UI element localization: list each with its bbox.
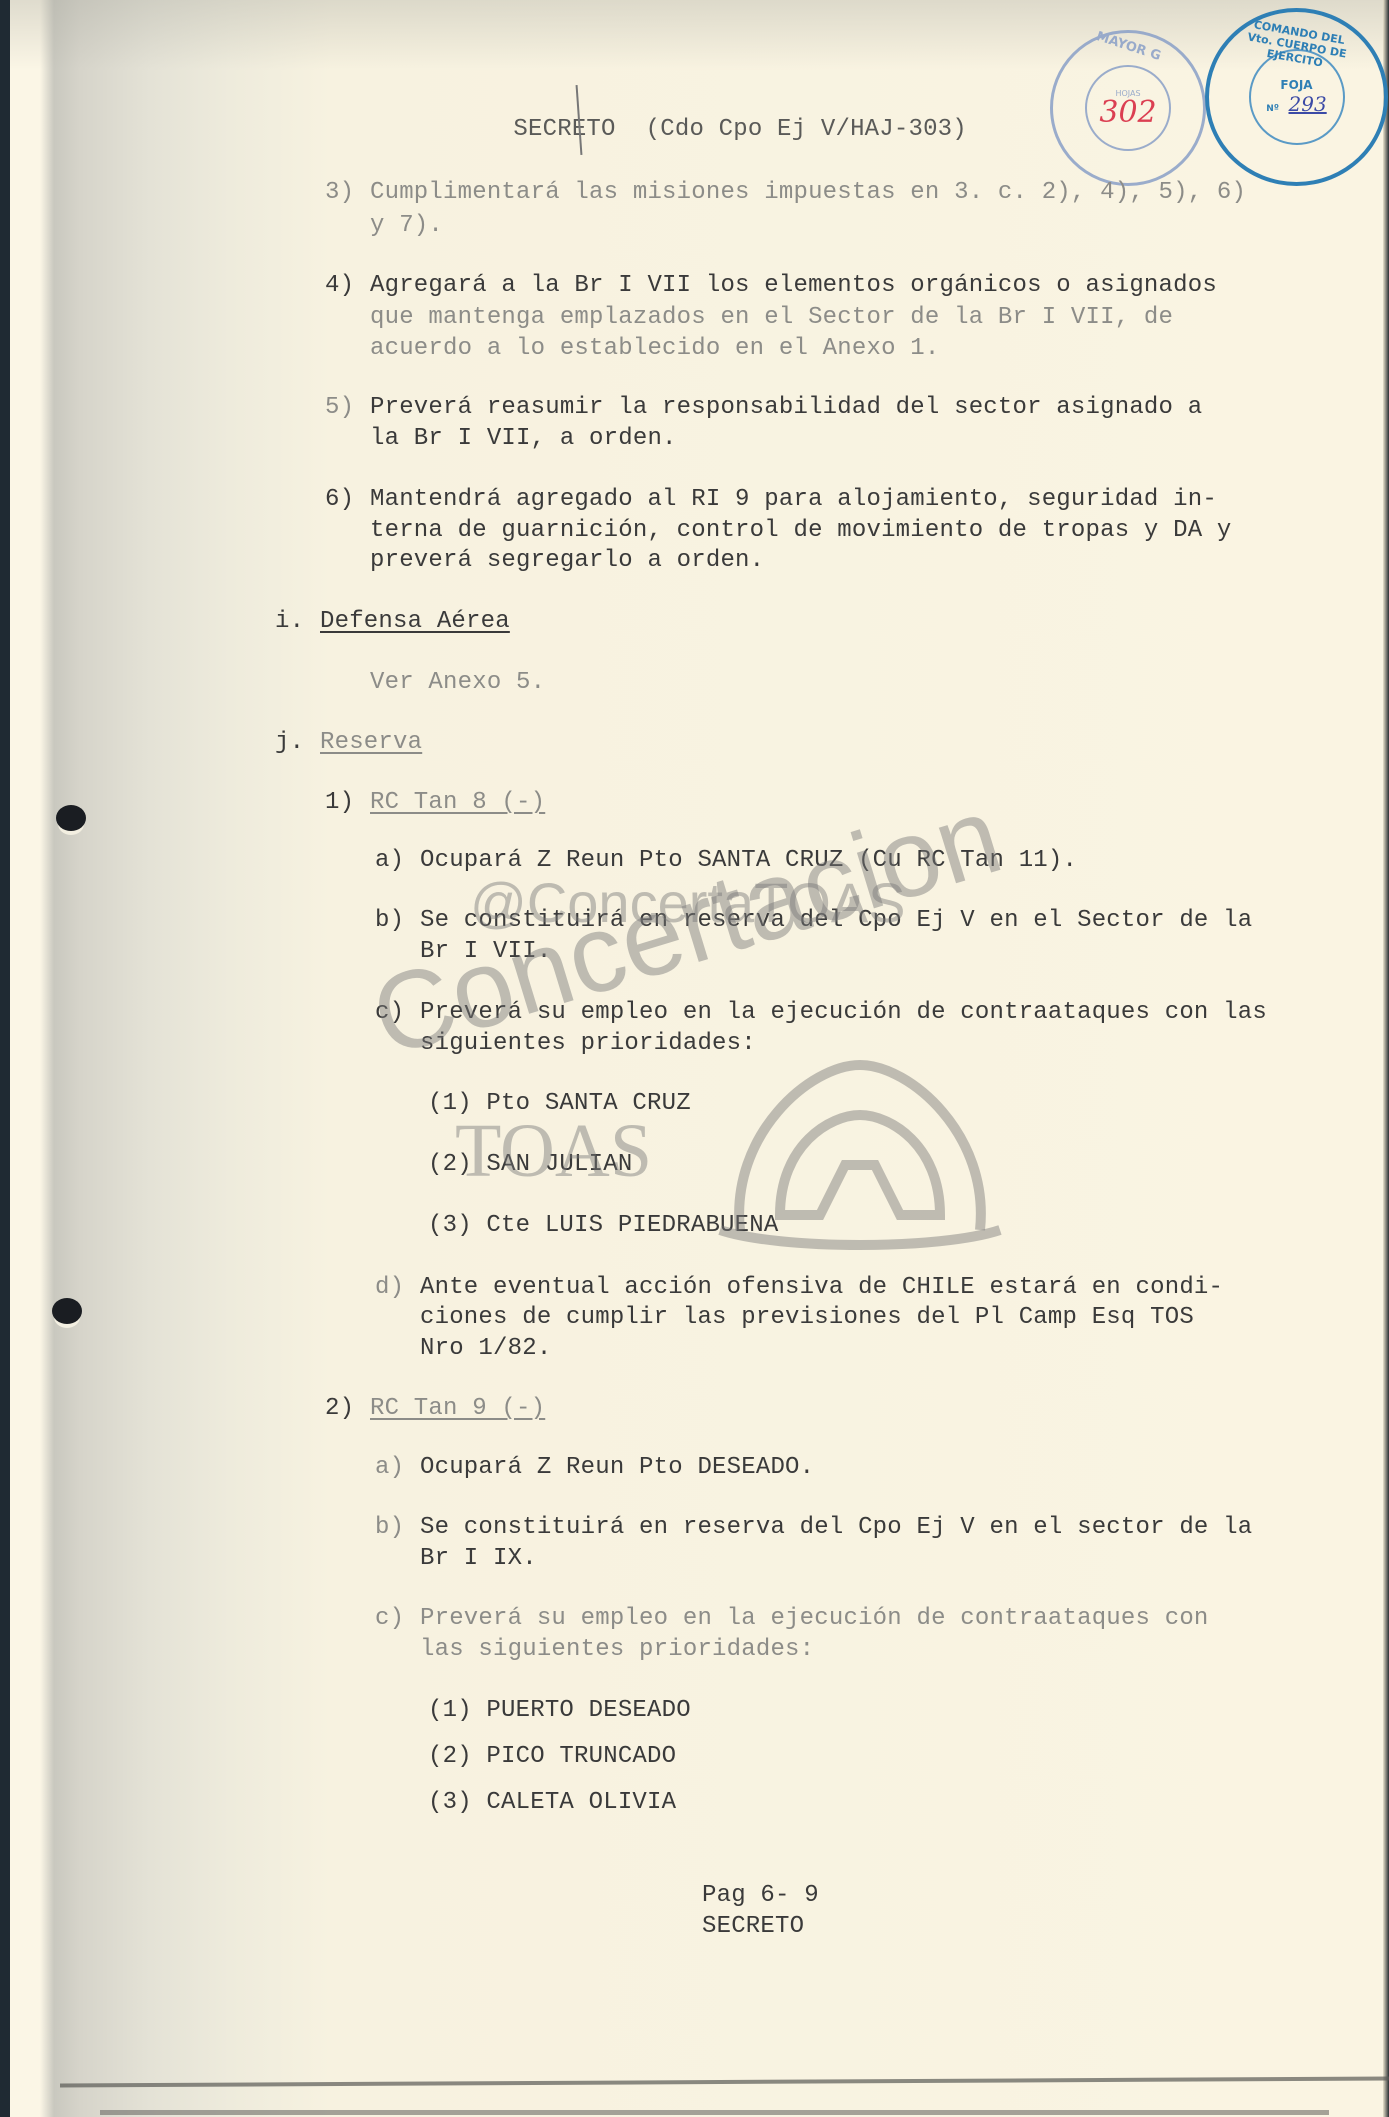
- page-number: Pag 6- 9: [702, 1880, 819, 1911]
- priority-item: (2) PICO TRUNCADO: [428, 1741, 676, 1772]
- unit-title-rc-tan-8: RC Tan 8 (-): [370, 787, 545, 818]
- binder-hole-icon: [52, 1298, 82, 1324]
- stamp-ring-text: MAYOR G: [1094, 29, 1162, 64]
- subitem-text-line: Preverá su empleo en la ejecución de con…: [420, 1603, 1209, 1634]
- subitem-letter: b): [375, 1512, 404, 1543]
- page-right-edge: [1383, 0, 1389, 2117]
- item-text-line: preverá segregarlo a orden.: [370, 545, 764, 576]
- section-title-reserva: Reserva: [320, 727, 422, 758]
- section-body: Ver Anexo 5.: [370, 667, 545, 698]
- subitem-letter: a): [375, 1452, 404, 1483]
- watermark-brand: TOAS: [455, 1108, 652, 1195]
- section-letter: i.: [275, 606, 304, 637]
- watermark-helmet-icon: [700, 1055, 1020, 1255]
- stamp-label: FOJA: [1280, 78, 1312, 92]
- page-bottom-edge-2: [100, 2110, 1329, 2115]
- binder-hole-icon: [56, 805, 86, 831]
- item-text-line: que mantenga emplazados en el Sector de …: [370, 302, 1173, 333]
- item-number: 5): [325, 392, 354, 423]
- page-bottom-edge: [60, 2077, 1389, 2088]
- priority-item: (1) PUERTO DESEADO: [428, 1695, 691, 1726]
- subitem-letter: b): [375, 905, 404, 936]
- subitem-text-line: ciones de cumplir las previsiones del Pl…: [420, 1302, 1194, 1333]
- subitem-text-line: las siguientes prioridades:: [420, 1634, 814, 1665]
- item-text-line: la Br I VII, a orden.: [370, 423, 677, 454]
- item-number: 4): [325, 270, 354, 301]
- document-header: SECRETO(Cdo Cpo Ej V/HAJ-303): [455, 83, 967, 176]
- subitem-text-line: Nro 1/82.: [420, 1333, 551, 1364]
- section-letter: j.: [275, 727, 304, 758]
- section-title-defensa-aerea: Defensa Aérea: [320, 606, 510, 637]
- item-text-line: Preverá reasumir la responsabilidad del …: [370, 392, 1202, 423]
- item-text-line: acuerdo a lo establecido en el Anexo 1.: [370, 333, 940, 364]
- classification-header: SECRETO: [513, 116, 615, 143]
- item-number: 6): [325, 484, 354, 515]
- footer-classification: SECRETO: [702, 1911, 804, 1942]
- stamp-number-prefix: Nº: [1266, 104, 1279, 114]
- subitem-letter: a): [375, 845, 404, 876]
- stamp-handwritten-number: 302: [1099, 98, 1156, 128]
- subitem-letter: c): [375, 1603, 404, 1634]
- subitem-text-line: Br I IX.: [420, 1543, 537, 1574]
- subitem-text-line: Ocupará Z Reun Pto DESEADO.: [420, 1452, 814, 1483]
- stamp-comando-cuerpo: COMANDO DEL Vto. CUERPO DE EJERCITO FOJA…: [1205, 8, 1388, 186]
- unit-title-rc-tan-9: RC Tan 9 (-): [370, 1393, 545, 1424]
- item-text-line: Mantendrá agregado al RI 9 para alojamie…: [370, 484, 1217, 515]
- scanned-document-page: SECRETO(Cdo Cpo Ej V/HAJ-303) MAYOR G HO…: [10, 0, 1389, 2117]
- subitem-letter: d): [375, 1272, 404, 1303]
- item-text-line: terna de guarnición, control de movimien…: [370, 515, 1232, 546]
- subitem-text-line: Se constituirá en reserva del Cpo Ej V e…: [420, 1512, 1252, 1543]
- item-text-line: Agregará a la Br I VII los elementos org…: [370, 270, 1217, 301]
- item-text-line: Cumplimentará las misiones impuestas en …: [370, 177, 1246, 208]
- unit-number: 2): [325, 1393, 354, 1424]
- priority-item: (3) CALETA OLIVIA: [428, 1787, 676, 1818]
- item-number: 3): [325, 177, 354, 208]
- item-text-line: y 7).: [370, 210, 443, 241]
- unit-number: 1): [325, 787, 354, 818]
- subitem-text-line: Ante eventual acción ofensiva de CHILE e…: [420, 1272, 1223, 1303]
- document-reference: (Cdo Cpo Ej V/HAJ-303): [646, 116, 967, 143]
- stamp-handwritten-number: 293: [1289, 92, 1327, 116]
- stamp-mayor-general: MAYOR G HOJAS 302: [1050, 30, 1206, 186]
